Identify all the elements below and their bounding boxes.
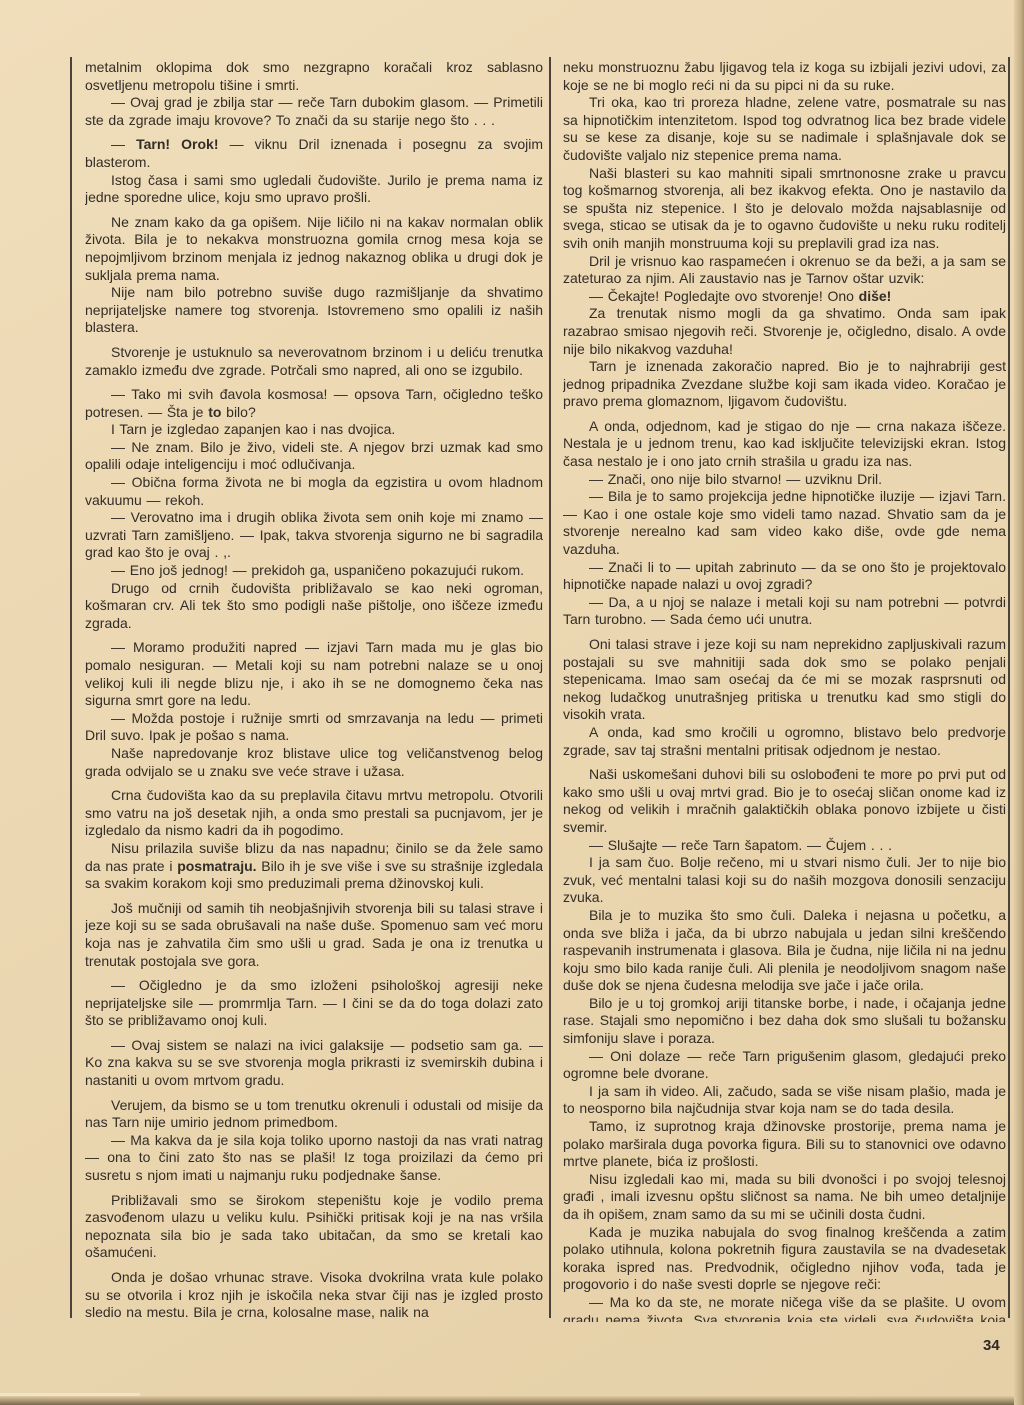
paragraph: Crna čudovišta kao da su preplavila čita… [85, 787, 543, 840]
scan-edge-bottom [0, 1396, 1024, 1405]
body-text: Naše napredovanje kroz blistave ulice to… [85, 745, 543, 779]
paragraph: Drugo od crnih čudovišta približavalo se… [85, 580, 543, 633]
paragraph: — Verovatno ima i drugih oblika života s… [85, 509, 543, 562]
body-text: metalnim oklopima dok smo nezgrapno kora… [85, 59, 543, 93]
paragraph: Bilo je u toj gromkoj ariji titanske bor… [563, 995, 1006, 1048]
paragraph: — Čekajte! Pogledajte ovo stvorenje! Ono… [563, 288, 1006, 306]
paragraph: — Ma kakva da je sila koja toliko uporno… [85, 1132, 543, 1185]
paragraph: neku monstruoznu žabu ljigavog tela iz k… [563, 59, 1006, 94]
paragraph: I Tarn je izgledao zapanjen kao i nas dv… [85, 421, 543, 439]
paragraph: Naše napredovanje kroz blistave ulice to… [85, 745, 543, 780]
paragraph: Za trenutak nismo mogli da ga shvatimo. … [563, 305, 1006, 358]
paragraph: A onda, odjednom, kad je stigao do nje —… [563, 418, 1006, 471]
body-text: I ja sam ih video. Ali, začudo, sada se … [563, 1083, 1006, 1117]
paragraph: metalnim oklopima dok smo nezgrapno kora… [85, 59, 543, 94]
paragraph: — Ma ko da ste, ne morate ničega više da… [563, 1294, 1006, 1322]
body-text: Tarn je iznenada zakoračio napred. Bio j… [563, 358, 1006, 409]
paragraph: — Bila je to samo projekcija jedne hipno… [563, 488, 1006, 558]
body-text: — Ne znam. Bilo je živo, videli ste. A n… [85, 439, 543, 473]
right-border-rule [1008, 57, 1010, 1318]
paragraph: — Moramo produžiti napred — izjavi Tarn … [85, 639, 543, 709]
paragraph: Stvorenje je ustuknulo sa neverovatnom b… [85, 344, 543, 379]
paragraph: — Možda postoje i ružnije smrti od smrza… [85, 710, 543, 745]
paragraph: Onda je došao vrhunac strave. Visoka dvo… [85, 1269, 543, 1322]
paragraph: A onda, kad smo kročili u ogromno, blist… [563, 724, 1006, 759]
body-text: Tri oka, kao tri proreza hladne, zelene … [563, 94, 1006, 163]
body-text: Nije nam bilo potrebno suviše dugo razmi… [85, 284, 543, 335]
body-text: Još mučniji od samih tih neobjašnjivih s… [85, 900, 543, 969]
body-text: Približavali smo se širokom stepeništu k… [85, 1192, 543, 1261]
paragraph: — Znači li to — upitah zabrinuto — da se… [563, 559, 1006, 594]
body-text: Nisu izgledali kao mi, mada su bili dvon… [563, 1171, 1006, 1222]
body-text: Ne znam kako da ga opišem. Nije ličilo n… [85, 214, 543, 283]
body-text: — [111, 136, 136, 152]
paragraph: Tarn je iznenada zakoračio napred. Bio j… [563, 358, 1006, 411]
body-text: — Znači, ono nije bilo stvarno! — uzvikn… [589, 471, 882, 487]
body-text: — Ovaj grad je zbilja star — reče Tarn d… [85, 94, 543, 128]
paragraph: Istog časa i sami smo ugledali čudovište… [85, 172, 543, 207]
paragraph: Tamo, iz suprotnog kraja džinovske prost… [563, 1118, 1006, 1171]
body-text: Bila je to muzika što smo čuli. Daleka i… [563, 907, 1006, 993]
body-text: — Ma kakva da je sila koja toliko uporno… [85, 1132, 543, 1183]
paragraph: Kada je muzika nabujala do svog finalnog… [563, 1224, 1006, 1294]
paragraph: — Oni dolaze — reče Tarn prigušenim glas… [563, 1048, 1006, 1083]
paragraph: Nisu izgledali kao mi, mada su bili dvon… [563, 1171, 1006, 1224]
body-text: I Tarn je izgledao zapanjen kao i nas dv… [111, 421, 395, 437]
bold-text: Tarn! Orok! [136, 136, 218, 152]
body-text: — Da, a u njoj se nalaze i metali koji s… [563, 594, 1006, 628]
bold-text: posmatraju. [177, 858, 256, 874]
left-border-rule [70, 57, 72, 1318]
paragraph: — Tako mi svih đavola kosmosa! — opsova … [85, 386, 543, 421]
bold-text: diše! [859, 288, 892, 304]
paragraph: Nisu prilazila suviše blizu da nas napad… [85, 840, 543, 893]
paragraph: I ja sam ih video. Ali, začudo, sada se … [563, 1083, 1006, 1118]
paragraph: Naši uskomešani duhovi bili su oslobođen… [563, 766, 1006, 836]
body-text: A onda, kad smo kročili u ogromno, blist… [563, 724, 1006, 758]
paragraph: Približavali smo se širokom stepeništu k… [85, 1192, 543, 1262]
body-text: bilo? [221, 404, 255, 420]
page-number: 34 [983, 1337, 1000, 1354]
paragraph: Ne znam kako da ga opišem. Nije ličilo n… [85, 214, 543, 284]
body-text: — Eno još jednog! — prekidoh ga, uspanič… [111, 562, 524, 578]
paragraph: Verujem, da bismo se u tom trenutku okre… [85, 1097, 543, 1132]
paragraph: Naši blasteri su kao mahniti sipali smrt… [563, 165, 1006, 253]
paragraph: Bila je to muzika što smo čuli. Daleka i… [563, 907, 1006, 995]
paragraph: Još mučniji od samih tih neobjašnjivih s… [85, 900, 543, 970]
body-text: — Moramo produžiti napred — izjavi Tarn … [85, 639, 543, 708]
body-text: — Slušajte — reče Tarn šapatom. — Čujem … [589, 837, 892, 853]
body-text: Dril je vrisnuo kao raspamećen i okrenuo… [563, 253, 1006, 287]
body-text: — Oni dolaze — reče Tarn prigušenim glas… [563, 1048, 1006, 1082]
body-text: neku monstruoznu žabu ljigavog tela iz k… [563, 59, 1006, 93]
paragraph: — Znači, ono nije bilo stvarno! — uzvikn… [563, 471, 1006, 489]
paragraph: — Ne znam. Bilo je živo, videli ste. A n… [85, 439, 543, 474]
paragraph: — Ovaj grad je zbilja star — reče Tarn d… [85, 94, 543, 129]
body-text: Tamo, iz suprotnog kraja džinovske prost… [563, 1118, 1006, 1169]
body-text: Bilo je u toj gromkoj ariji titanske bor… [563, 995, 1006, 1046]
paragraph: — Slušajte — reče Tarn šapatom. — Čujem … [563, 837, 1006, 855]
body-text: Verujem, da bismo se u tom trenutku okre… [85, 1097, 543, 1131]
body-text: Drugo od crnih čudovišta približavalo se… [85, 580, 543, 631]
body-text: — Možda postoje i ružnije smrti od smrza… [85, 710, 543, 744]
body-text: — Čekajte! Pogledajte ovo stvorenje! Ono [589, 288, 859, 304]
body-text: A onda, odjednom, kad je stigao do nje —… [563, 418, 1006, 469]
paragraph: Dril je vrisnuo kao raspamećen i okrenuo… [563, 253, 1006, 288]
scan-edge-right [1014, 0, 1024, 1405]
body-text: Oni talasi strave i jeze koji su nam nep… [563, 636, 1006, 722]
body-text: Kada je muzika nabujala do svog finalnog… [563, 1224, 1006, 1293]
body-text: — Očigledno je da smo izloženi psihološk… [85, 977, 543, 1028]
paragraph: Nije nam bilo potrebno suviše dugo razmi… [85, 284, 543, 337]
body-text: — Tako mi svih đavola kosmosa! — opsova … [85, 386, 543, 420]
body-text: — Ma ko da ste, ne morate ničega više da… [563, 1294, 1006, 1322]
body-text: Stvorenje je ustuknulo sa neverovatnom b… [85, 344, 543, 378]
body-text: Crna čudovišta kao da su preplavila čita… [85, 787, 543, 838]
paragraph: — Tarn! Orok! — viknu Dril iznenada i po… [85, 136, 543, 171]
paragraph: Tri oka, kao tri proreza hladne, zelene … [563, 94, 1006, 164]
paragraph: — Očigledno je da smo izloženi psihološk… [85, 977, 543, 1030]
text-column-left: metalnim oklopima dok smo nezgrapno kora… [85, 59, 543, 1322]
column-divider-rule [549, 57, 551, 1318]
body-text: — Bila je to samo projekcija jedne hipno… [563, 488, 1006, 557]
paragraph: — Ovaj sistem se nalazi na ivici galaksi… [85, 1037, 543, 1090]
body-text: — Verovatno ima i drugih oblika života s… [85, 509, 543, 560]
body-text: Naši blasteri su kao mahniti sipali smrt… [563, 165, 1006, 251]
body-text: Istog časa i sami smo ugledali čudovište… [85, 172, 543, 206]
body-text: Za trenutak nismo mogli da ga shvatimo. … [563, 305, 1006, 356]
body-text: I ja sam čuo. Bolje rečeno, mi u stvari … [563, 854, 1006, 905]
paragraph: — Obična forma života ne bi mogla da egz… [85, 474, 543, 509]
body-text: — Obična forma života ne bi mogla da egz… [85, 474, 543, 508]
text-column-right: neku monstruoznu žabu ljigavog tela iz k… [563, 59, 1006, 1322]
body-text: Onda je došao vrhunac strave. Visoka dvo… [85, 1269, 543, 1320]
paragraph: — Eno još jednog! — prekidoh ga, uspanič… [85, 562, 543, 580]
body-text: — Znači li to — upitah zabrinuto — da se… [563, 559, 1006, 593]
body-text: Naši uskomešani duhovi bili su oslobođen… [563, 766, 1006, 835]
body-text: — Ovaj sistem se nalazi na ivici galaksi… [85, 1037, 543, 1088]
bold-text: to [208, 404, 221, 420]
paragraph: I ja sam čuo. Bolje rečeno, mi u stvari … [563, 854, 1006, 907]
paragraph: — Da, a u njoj se nalaze i metali koji s… [563, 594, 1006, 629]
paragraph: Oni talasi strave i jeze koji su nam nep… [563, 636, 1006, 724]
